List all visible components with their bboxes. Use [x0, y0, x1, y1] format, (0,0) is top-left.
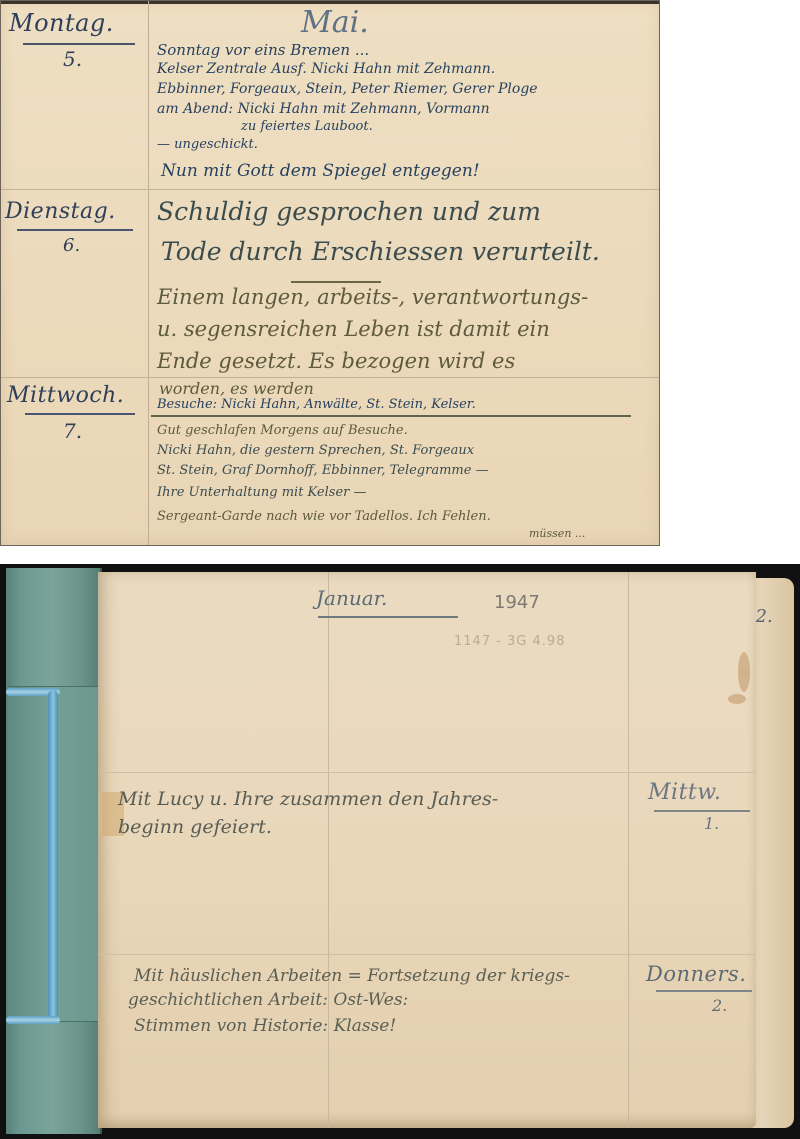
binding-cord	[48, 690, 58, 1020]
day-underline	[25, 413, 135, 415]
book-spine-cloth	[2, 568, 102, 1134]
day-underline	[656, 990, 752, 992]
day-number: 5.	[63, 47, 82, 71]
entry-line: — ungeschickt.	[157, 137, 258, 152]
entry-line: Besuche: Nicki Hahn, Anwälte, St. Stein,…	[157, 397, 476, 412]
entry-line: Mit Lucy u. Ihre zusammen den Jahres-	[118, 788, 498, 810]
day-number: 7.	[63, 419, 82, 443]
day-number: 2.	[712, 996, 727, 1015]
stain	[728, 694, 746, 704]
spine-shadow	[2, 568, 6, 1134]
entry-line: Einem langen, arbeits-, verantwortungs-	[157, 285, 588, 309]
day-label-donnerstag: Donners.	[646, 962, 746, 986]
binding-cord-bottom	[6, 1016, 60, 1024]
day-underline	[654, 810, 750, 812]
date-column-divider	[628, 572, 629, 1128]
pen-rule	[151, 415, 631, 417]
entry-line: am Abend: Nicki Hahn mit Zehmann, Vorman…	[157, 101, 490, 117]
entry-line: beginn gefeiert.	[118, 816, 272, 838]
entry-line: Sergeant-Garde nach wie vor Tadellos. Ic…	[157, 509, 491, 524]
entry-line: Sonntag vor eins Bremen ...	[157, 41, 369, 59]
entry-line: u. segensreichen Leben ist damit ein	[157, 317, 550, 341]
day-underline	[23, 43, 135, 45]
month-heading: Mai.	[301, 5, 369, 40]
archive-number: 1147 - 3G 4.98	[454, 634, 565, 649]
year-pencil: 1947	[494, 592, 540, 613]
entry-line: Gut geschlafen Morgens auf Besuche.	[157, 423, 408, 438]
entry-line: Tode durch Erschiessen verurteilt.	[161, 237, 600, 266]
entry-line: Nicki Hahn, die gestern Sprechen, St. Fo…	[157, 443, 474, 458]
entry-line: geschichtlichen Arbeit: Ost-Wes:	[128, 990, 408, 1010]
entry-line: Ende gesetzt. Es bezogen wird es	[157, 349, 515, 373]
entry-line: Kelser Zentrale Ausf. Nicki Hahn mit Zeh…	[157, 61, 495, 77]
fold-line	[328, 572, 329, 1128]
row-divider-2	[98, 954, 756, 955]
entry-line: zu feiertes Lauboot.	[241, 119, 373, 134]
diary-page-january: Januar. 1947 1147 - 3G 4.98 Mit Lucy u. …	[98, 572, 756, 1128]
day-label-montag: Montag.	[9, 9, 114, 37]
day-number: 1.	[704, 814, 719, 833]
month-underline	[318, 616, 458, 618]
day-label-mittwoch: Mittwoch.	[7, 383, 124, 408]
diary-photo-january: g2. Januar. 1947 1147 - 3G 4.98 Mit Lucy…	[0, 564, 800, 1139]
day-label-dienstag: Dienstag.	[5, 199, 116, 224]
entry-line: Mit häuslichen Arbeiten = Fortsetzung de…	[134, 966, 570, 986]
row-divider-2	[1, 377, 659, 378]
row-divider-1	[98, 772, 756, 773]
day-underline	[17, 229, 133, 231]
stain	[738, 652, 750, 692]
day-label-mittwoch: Mittw.	[648, 780, 721, 805]
entry-line: Ebbinner, Forgeaux, Stein, Peter Riemer,…	[157, 81, 538, 97]
day-number: 6.	[63, 235, 80, 256]
entry-line: Stimmen von Historie: Klasse!	[134, 1016, 396, 1036]
entry-line: Schuldig gesprochen und zum	[157, 197, 541, 226]
page-top-edge	[1, 1, 659, 4]
row-divider-1	[1, 189, 659, 190]
entry-line: worden, es werden	[159, 379, 314, 398]
entry-line: Nun mit Gott dem Spiegel entgegen!	[161, 161, 480, 181]
entry-line: St. Stein, Graf Dornhoff, Ebbinner, Tele…	[157, 463, 489, 478]
pen-stroke	[291, 281, 381, 283]
date-column-divider	[148, 1, 149, 545]
month-heading: Januar.	[316, 586, 387, 610]
diary-page-may: Mai. Montag. 5. Sonntag vor eins Bremen …	[0, 0, 660, 546]
entry-line: müssen ...	[529, 527, 585, 540]
entry-line: Ihre Unterhaltung mit Kelser —	[157, 485, 366, 500]
